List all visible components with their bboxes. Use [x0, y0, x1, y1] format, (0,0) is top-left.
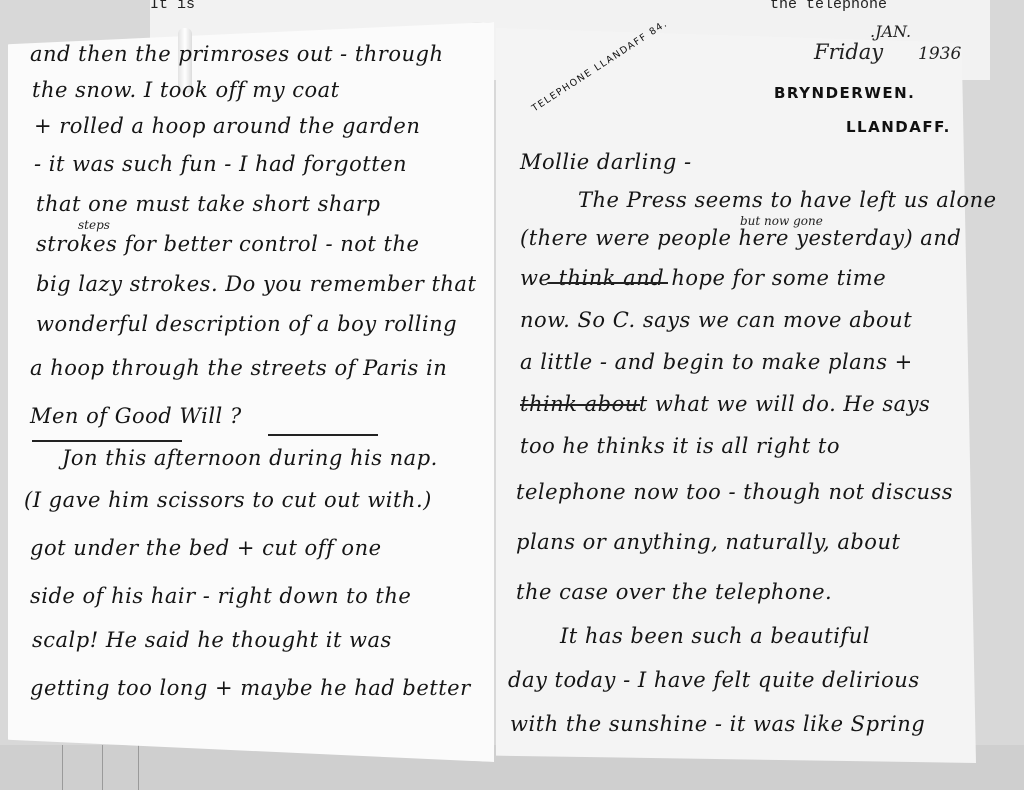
- divider: [138, 745, 139, 790]
- handwritten-line: got under the bed + cut off one: [30, 536, 382, 560]
- handwritten-line: + rolled a hoop around the garden: [34, 114, 420, 138]
- handwritten-line: too he thinks it is all right to: [520, 434, 840, 458]
- divider: [62, 745, 63, 790]
- handwritten-line: getting too long + maybe he had better: [30, 676, 471, 700]
- handwritten-line: Men of Good Will ?: [30, 404, 242, 428]
- handwritten-line: It has been such a beautiful: [560, 624, 870, 648]
- section-rule: [32, 440, 182, 442]
- strike-through: [548, 282, 668, 284]
- handwritten-line: wonderful description of a boy rolling: [36, 312, 457, 336]
- date-month: .JAN.: [870, 22, 911, 41]
- handwritten-line: a hoop through the streets of Paris in: [30, 356, 447, 380]
- typed-fragment-left: It is: [150, 0, 195, 13]
- handwritten-line: and then the primroses out - through: [30, 42, 443, 66]
- handwritten-line: with the sunshine - it was like Spring: [510, 712, 925, 736]
- handwritten-line: scalp! He said he thought it was: [32, 628, 392, 652]
- correction-insertion: steps: [78, 218, 110, 232]
- handwritten-line: side of his hair - right down to the: [30, 584, 411, 608]
- handwritten-line: (I gave him scissors to cut out with.): [24, 488, 432, 512]
- handwritten-line: the snow. I took off my coat: [32, 78, 340, 102]
- handwritten-line: that one must take short sharp: [36, 192, 380, 216]
- date-day: Friday: [814, 40, 883, 64]
- handwritten-line: telephone now too - though not discuss: [516, 480, 953, 504]
- handwritten-line: Jon this afternoon during his nap.: [62, 446, 438, 470]
- handwritten-line: strokes for better control - not the: [36, 232, 419, 256]
- typed-fragment-right: the telephone: [770, 0, 887, 13]
- letterhead-house-name: BRYNDERWEN.: [774, 84, 915, 102]
- letterhead-place: LLANDAFF.: [846, 118, 951, 136]
- divider: [102, 745, 103, 790]
- handwritten-line: the case over the telephone.: [516, 580, 832, 604]
- strike-through: [520, 404, 640, 406]
- handwritten-line: now. So C. says we can move about: [520, 308, 912, 332]
- handwritten-line: plans or anything, naturally, about: [516, 530, 900, 554]
- handwritten-line: The Press seems to have left us alone: [578, 188, 997, 212]
- handwritten-line: a little - and begin to make plans +: [520, 350, 913, 374]
- salutation: Mollie darling -: [520, 150, 692, 174]
- handwritten-line: big lazy strokes. Do you remember that: [36, 272, 476, 296]
- date-year: 1936: [918, 44, 961, 64]
- handwritten-line: - it was such fun - I had forgotten: [34, 152, 407, 176]
- section-rule: [268, 434, 378, 436]
- handwritten-line: we think and hope for some time: [520, 266, 886, 290]
- handwritten-line: (there were people here yesterday) and: [520, 226, 961, 250]
- handwritten-line: day today - I have felt quite delirious: [508, 668, 920, 692]
